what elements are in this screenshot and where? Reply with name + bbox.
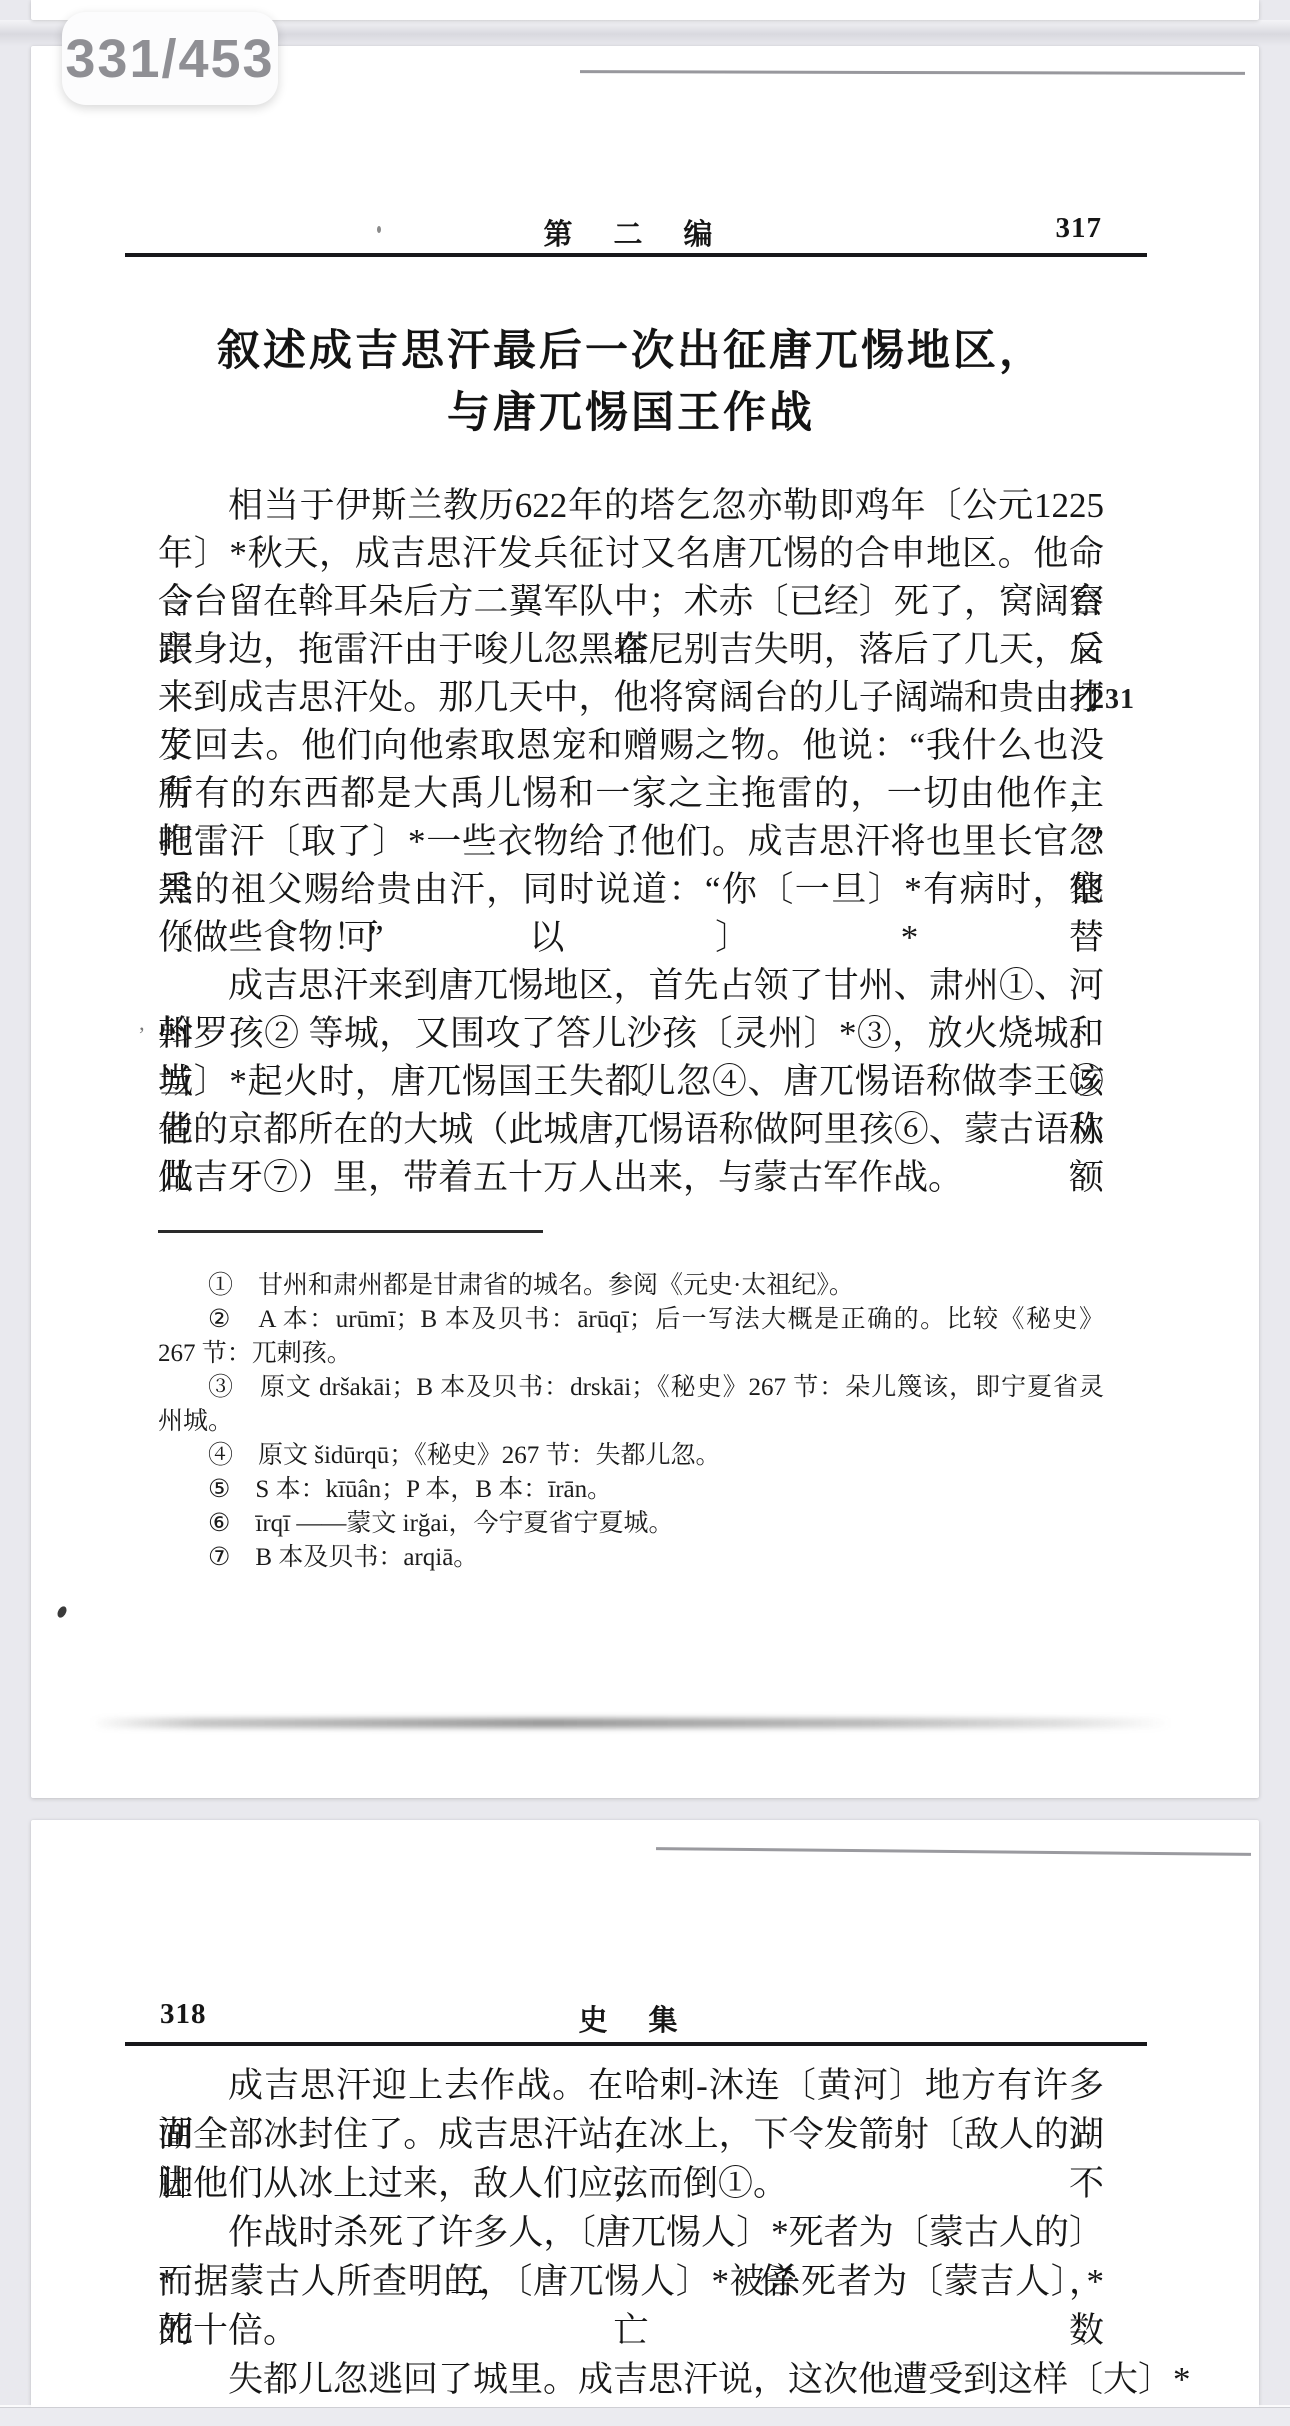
body-line: 拖雷汗〔取了〕*一些衣物给了他们。成吉思汗将也里长官忽秃察: [158, 818, 1104, 866]
body-line: 相当于伊斯兰教历622年的塔乞忽亦勒即鸡年〔公元1225: [158, 482, 1104, 530]
footnote-line: 州城。: [158, 1405, 1104, 1439]
body-line: 成吉思汗迎上去作战。在哈剌-沐连〔黄河〕地方有许多湖，湖: [158, 2061, 1104, 2110]
body-line: 了回去。他们向他索取恩宠和赠赐之物。他说：“我什么也没有，: [158, 722, 1104, 770]
footnote-line: ③ 原文 dršakāi；B 本及贝书：drskāi；《秘史》267 节：朵儿篾…: [158, 1371, 1104, 1405]
footnote-line: ② A 本：urūmī；B 本及贝书：ārūqī；后一写法大概是正确的。比较《秘…: [158, 1303, 1104, 1337]
section-title-line: 叙述成吉思汗最后一次出征唐兀惕地区，: [158, 321, 1104, 383]
body-line: 来到成吉思汗处。那几天中，他将窝阔台的儿子阔端和贵由打发: [158, 674, 1104, 722]
header-rule: [125, 253, 1147, 257]
body-line: 黑的祖父赐给贵由汗，同时说道：“你〔一旦〕*有病时，他〔可以〕*替: [158, 866, 1104, 914]
running-header: 第 二 编 317: [158, 212, 1104, 248]
body-line: 失都儿忽逃回了城里。成吉思汗说，这次他遭受到这样〔大〕*: [158, 2355, 1104, 2404]
body-line: 面全部冰封住了。成吉思汗站在冰上，下令发箭射〔敌人的〕脚，不: [158, 2110, 1104, 2159]
body-line: 斡罗孩② 等城，又围攻了答儿沙孩〔灵州〕*③，放火烧城。当〔该: [158, 1010, 1104, 1058]
section-title: 叙述成吉思汗最后一次出征唐兀惕地区， 与唐兀惕国王作战: [158, 321, 1104, 445]
footnote-line: 267 节：兀剌孩。: [158, 1337, 1104, 1371]
page-indicator-badge[interactable]: 331/453: [62, 12, 278, 105]
page-card-318[interactable]: 318 史 集 成吉思汗迎上去作战。在哈剌-沐连〔黄河〕地方有许多湖，湖 面全部…: [31, 1820, 1259, 2426]
footnote-line: ④ 原文 šidūrqū；《秘史》267 节：失都儿忽。: [158, 1439, 1104, 1473]
body-line: 亲身边，拖雷汗由于唆儿忽黑塔尼别吉失明，落后了几天，后来才: [158, 626, 1104, 674]
running-header-title: 第 二 编: [158, 212, 1104, 253]
scan-smudge: [91, 1718, 1171, 1728]
running-header-title: 史 集: [158, 1998, 1104, 2039]
footnote-line: ⑦ B 本及贝书：arqiā。: [158, 1541, 1104, 1575]
footnote-line: ⑤ S 本：kīūân；P 本，B 本：īrān。: [158, 1473, 1104, 1507]
body-line: 成吉思汗来到唐兀惕地区，首先占领了甘州、肃州①、河州和: [158, 962, 1104, 1010]
scan-speck: ’: [138, 1022, 145, 1048]
scan-artifact-line: [580, 70, 1245, 75]
bottom-toolbar-edge: [0, 2407, 1290, 2426]
body-text: 成吉思汗迎上去作战。在哈剌-沐连〔黄河〕地方有许多湖，湖 面全部冰封住了。成吉思…: [158, 2061, 1104, 2404]
scan-artifact-line: [656, 1847, 1251, 1856]
body-line: 合台留在斡耳朵后方二翼军队中；术赤〔已经〕死了，窝阔台跟在父: [158, 578, 1104, 626]
section-title-line: 与唐兀惕国王作战: [158, 383, 1104, 445]
page-number: 317: [1056, 212, 1103, 245]
footnote-divider: [158, 1230, 543, 1233]
body-line: 而据蒙古人所查明的，〔唐兀惕人〕*被杀死者为〔蒙吉人〕*死亡数: [158, 2257, 1104, 2306]
body-line: 所有的东西都是大禹儿惕和一家之主拖雷的，一切由他作主吧！”: [158, 770, 1104, 818]
page-indicator-label: 331/453: [65, 28, 274, 90]
body-line: 作战时杀死了许多人，〔唐兀惕人〕*死者为〔蒙古人的〕*三倍，: [158, 2208, 1104, 2257]
body-line: 儿吉牙⑦）里，带着五十万人出来，与蒙古军作战。: [158, 1154, 1104, 1202]
footnotes: ① 甘州和肃州都是甘肃省的城名。参阅《元史·太祖纪》。 ② A 本：urūmī；…: [158, 1269, 1104, 1575]
body-line: 城〕*起火时，唐兀惕国王失都儿忽④、唐兀惕语称做李王⑤ 者，从: [158, 1058, 1104, 1106]
running-header: 318 史 集: [158, 1998, 1104, 2034]
footnote-line: ⑥ īrqī ——蒙文 irğai，今宁夏省宁夏城。: [158, 1507, 1104, 1541]
scan-speck: [56, 1605, 67, 1619]
header-rule: [125, 2042, 1147, 2046]
body-text: 相当于伊斯兰教历622年的塔乞忽亦勒即鸡年〔公元1225 年〕*秋天，成吉思汗发…: [158, 482, 1104, 1202]
body-line: 年〕*秋天，成吉思汗发兵征讨又名唐兀惕的合申地区。他命令察: [158, 530, 1104, 578]
page-card-317[interactable]: 第 二 编 317 叙述成吉思汗最后一次出征唐兀惕地区， 与唐兀惕国王作战 23…: [31, 46, 1259, 1798]
body-line: 他的京都所在的大城（此城唐兀惕语称做阿里孩⑥、蒙古语称做额: [158, 1106, 1104, 1154]
footnote-line: ① 甘州和肃州都是甘肃省的城名。参阅《元史·太祖纪》。: [158, 1269, 1104, 1303]
